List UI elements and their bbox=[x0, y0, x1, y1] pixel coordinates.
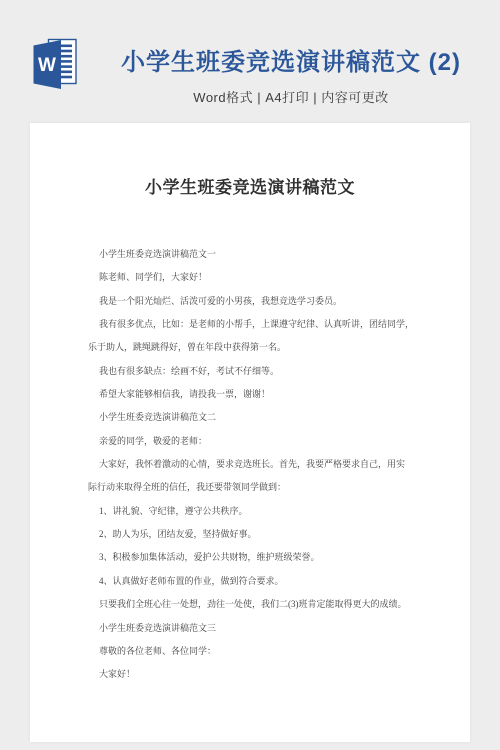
format-subtitle: Word格式 | A4打印 | 内容可更改 bbox=[88, 87, 494, 106]
document-line: 1、讲礼貌、守纪律，遵守公共秩序。 bbox=[88, 500, 418, 523]
document-line: 我是一个阳光灿烂、活泼可爱的小男孩，我想竞选学习委员。 bbox=[88, 290, 418, 313]
document-line: 大家好，我怀着激动的心情，要求竞选班长。首先，我要严格要求自己，用实 bbox=[88, 453, 418, 476]
document-line: 尊敬的各位老师、各位同学： bbox=[88, 640, 418, 663]
document-line: 只要我们全班心往一处想，劲往一处使，我们二(3)班肯定能取得更大的成绩。 bbox=[88, 593, 418, 616]
document-line: 乐于助人，跳绳跳得好，曾在年段中获得第一名。 bbox=[88, 336, 418, 359]
document-body: 小学生班委竞选演讲稿范文一陈老师、同学们，大家好！我是一个阳光灿烂、活泼可爱的小… bbox=[88, 243, 418, 687]
header: W 小学生班委竞选演讲稿范文 (2) Word格式 | A4打印 | 内容可更改 bbox=[0, 0, 500, 123]
document-line: 小学生班委竞选演讲稿范文三 bbox=[88, 617, 418, 640]
word-logo-letter: W bbox=[38, 55, 56, 76]
document-line: 3、积极参加集体活动，爱护公共财物，维护班级荣誉。 bbox=[88, 546, 418, 569]
document-line: 小学生班委竞选演讲稿范文二 bbox=[88, 406, 418, 429]
document-preview-page: W 小学生班委竞选演讲稿范文 (2) Word格式 | A4打印 | 内容可更改… bbox=[0, 0, 500, 750]
document-line: 2、助人为乐，团结友爱，坚持做好事。 bbox=[88, 523, 418, 546]
document-line: 我有很多优点，比如：是老师的小帮手，上课遵守纪律、认真听讲，团结同学， bbox=[88, 313, 418, 336]
document-line: 大家好！ bbox=[88, 663, 418, 686]
document-line: 亲爱的同学，敬爱的老师： bbox=[88, 430, 418, 453]
document-line: 陈老师、同学们，大家好！ bbox=[88, 266, 418, 289]
document-line: 际行动来取得全班的信任，我还要带领同学做到： bbox=[88, 476, 418, 499]
page-title: 小学生班委竞选演讲稿范文 (2) bbox=[88, 42, 494, 77]
document-sheet: 小学生班委竞选演讲稿范文 小学生班委竞选演讲稿范文一陈老师、同学们，大家好！我是… bbox=[30, 123, 470, 742]
document-line: 4、认真做好老师布置的作业，做到符合要求。 bbox=[88, 570, 418, 593]
word-logo-icon: W bbox=[32, 37, 78, 91]
document-line: 小学生班委竞选演讲稿范文一 bbox=[88, 243, 418, 266]
document-line: 我也有很多缺点：绘画不好，考试不仔细等。 bbox=[88, 360, 418, 383]
document-title: 小学生班委竞选演讲稿范文 bbox=[30, 173, 470, 198]
document-line: 希望大家能够相信我，请投我一票，谢谢！ bbox=[88, 383, 418, 406]
header-text-block: 小学生班委竞选演讲稿范文 (2) Word格式 | A4打印 | 内容可更改 bbox=[88, 42, 494, 106]
